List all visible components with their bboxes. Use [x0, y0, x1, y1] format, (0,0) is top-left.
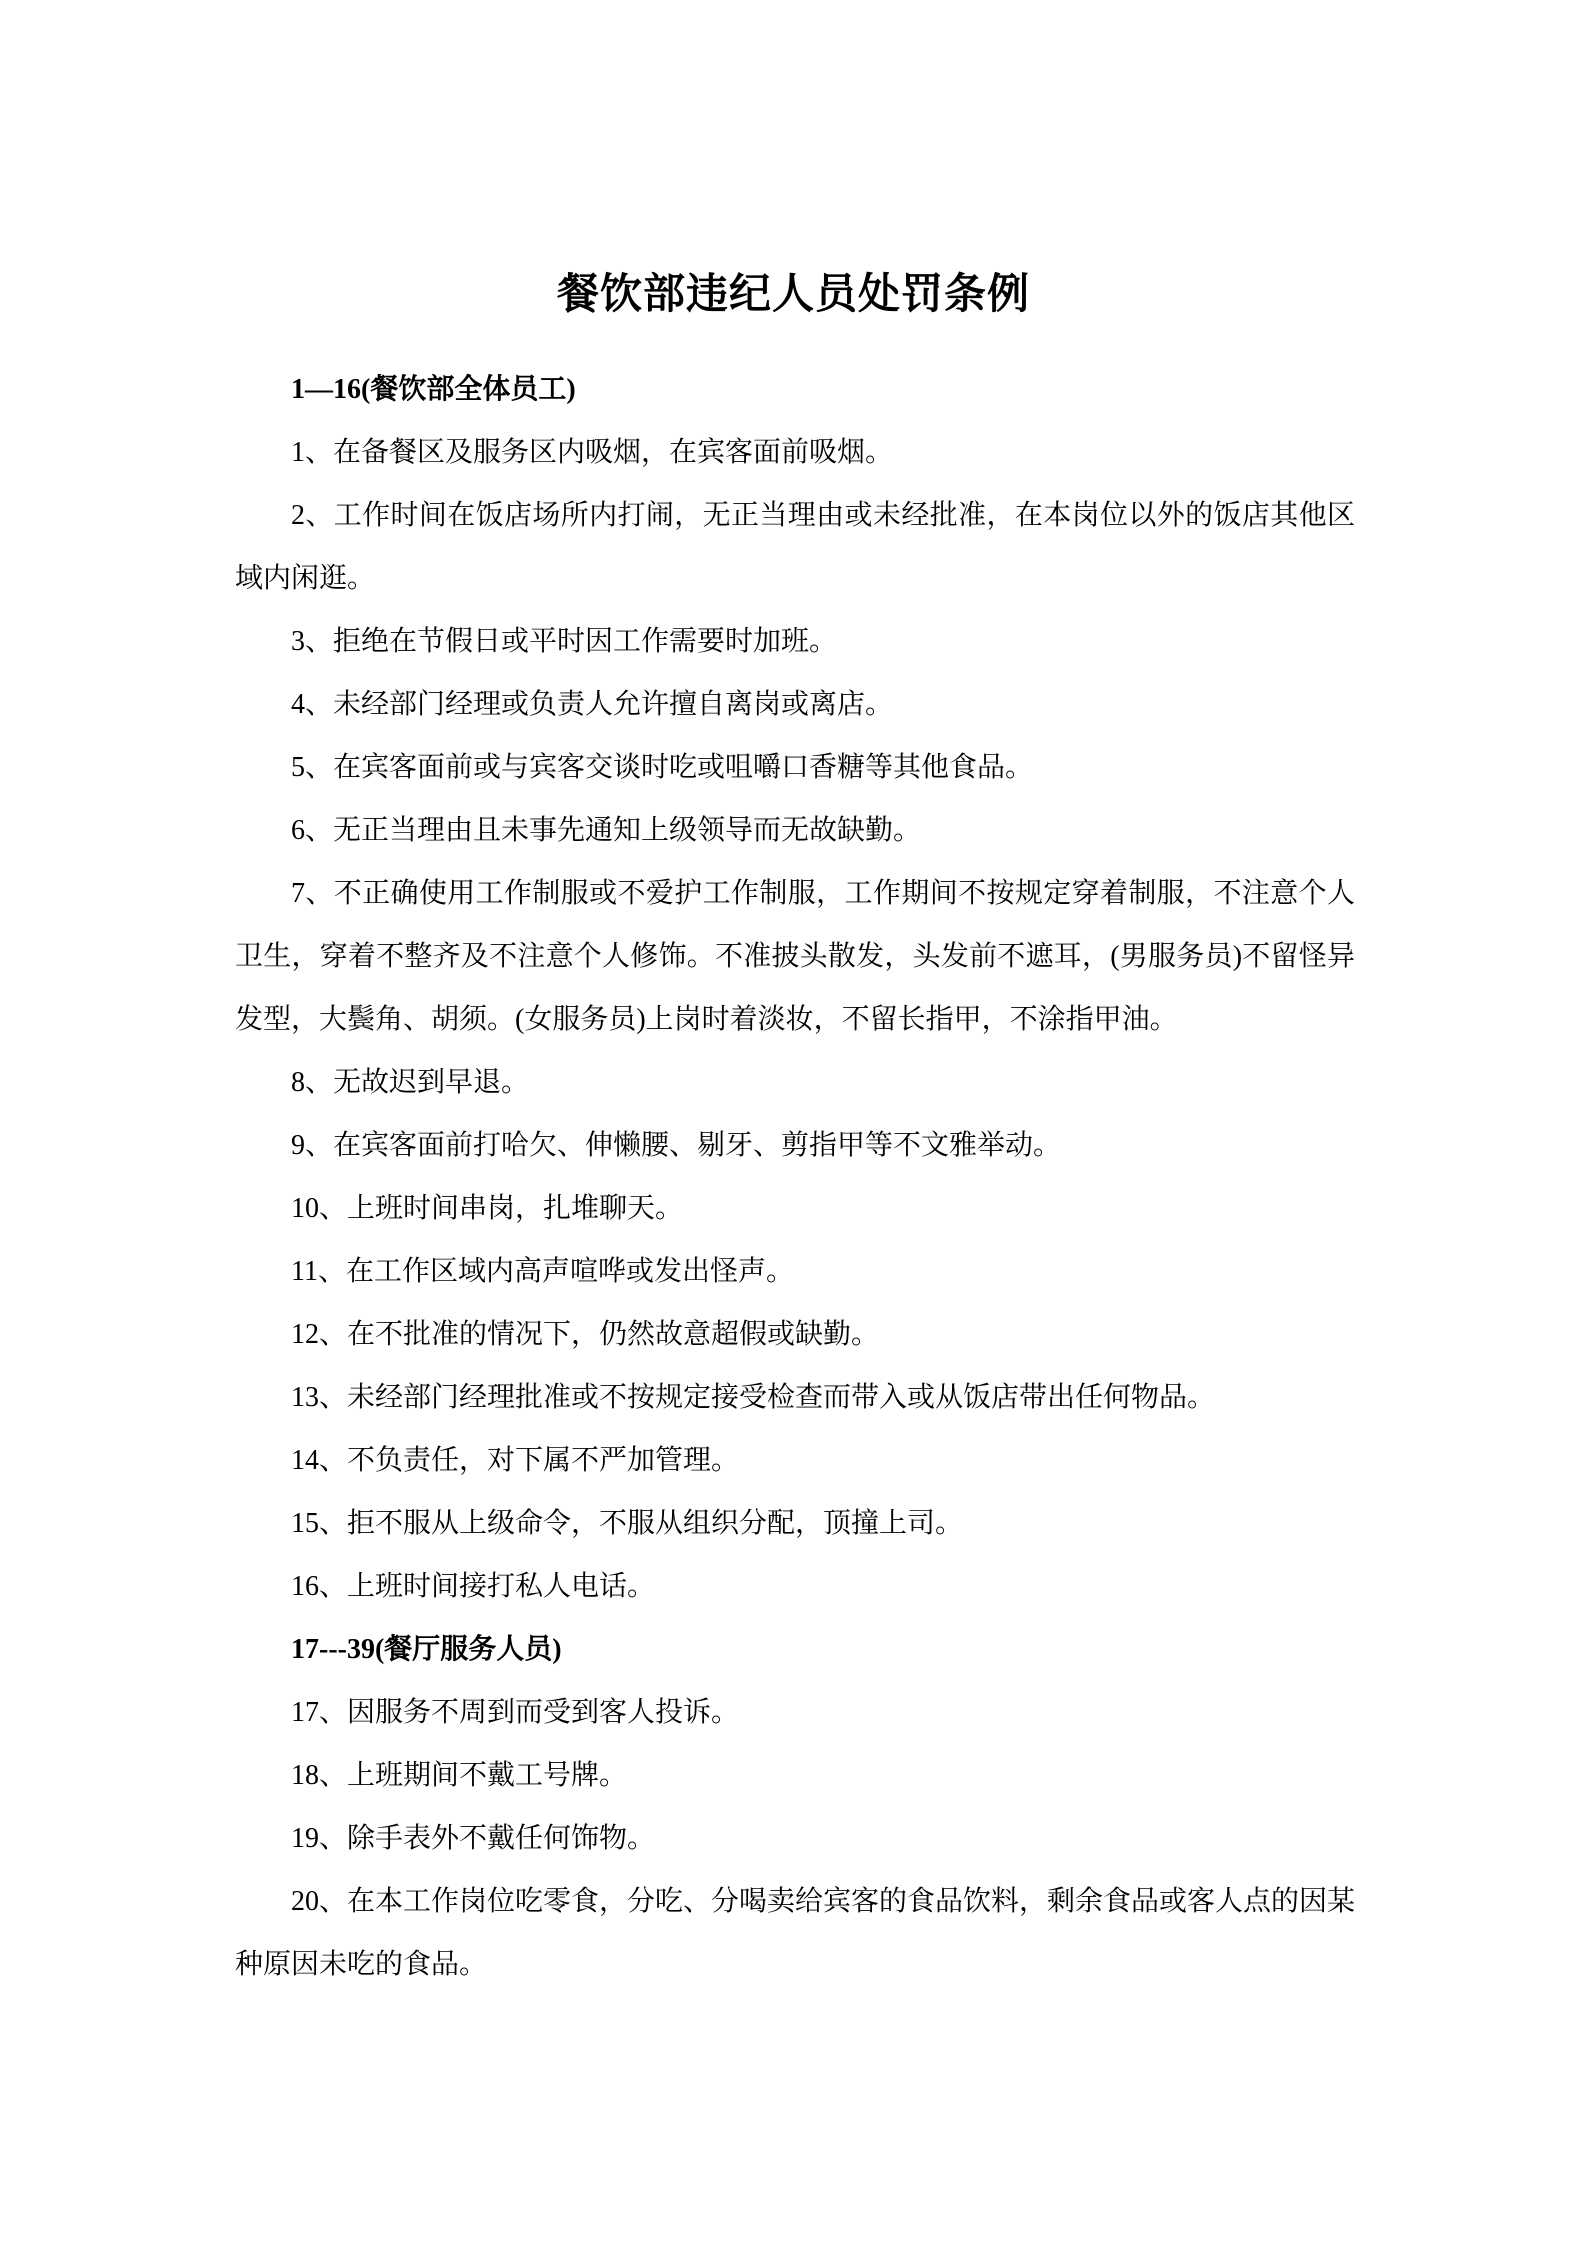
rule-item: 17、因服务不周到而受到客人投诉。	[235, 1681, 1355, 1744]
rule-item: 19、除手表外不戴任何饰物。	[235, 1807, 1355, 1870]
document-page: 餐饮部违纪人员处罚条例 1—16(餐饮部全体员工) 1、在备餐区及服务区内吸烟，…	[0, 0, 1587, 2245]
rule-item: 12、在不批准的情况下，仍然故意超假或缺勤。	[235, 1303, 1355, 1366]
rule-item: 14、不负责任，对下属不严加管理。	[235, 1429, 1355, 1492]
rule-item: 8、无故迟到早退。	[235, 1051, 1355, 1114]
document-body: 1—16(餐饮部全体员工) 1、在备餐区及服务区内吸烟，在宾客面前吸烟。 2、工…	[235, 358, 1355, 1996]
section-heading-all-staff: 1—16(餐饮部全体员工)	[235, 358, 1355, 421]
rule-item: 3、拒绝在节假日或平时因工作需要时加班。	[235, 610, 1355, 673]
section-heading-restaurant-staff: 17---39(餐厅服务人员)	[235, 1618, 1355, 1681]
rule-item: 18、上班期间不戴工号牌。	[235, 1744, 1355, 1807]
rule-item: 2、工作时间在饭店场所内打闹，无正当理由或未经批准，在本岗位以外的饭店其他区域内…	[235, 484, 1355, 610]
rule-item: 7、不正确使用工作制服或不爱护工作制服，工作期间不按规定穿着制服，不注意个人卫生…	[235, 862, 1355, 1051]
rule-item: 20、在本工作岗位吃零食，分吃、分喝卖给宾客的食品饮料，剩余食品或客人点的因某种…	[235, 1870, 1355, 1996]
rule-item: 9、在宾客面前打哈欠、伸懒腰、剔牙、剪指甲等不文雅举动。	[235, 1114, 1355, 1177]
rule-item: 13、未经部门经理批准或不按规定接受检查而带入或从饭店带出任何物品。	[235, 1366, 1355, 1429]
rule-item: 15、拒不服从上级命令，不服从组织分配，顶撞上司。	[235, 1492, 1355, 1555]
rule-item: 5、在宾客面前或与宾客交谈时吃或咀嚼口香糖等其他食品。	[235, 736, 1355, 799]
rule-item: 11、在工作区域内高声喧哗或发出怪声。	[235, 1240, 1355, 1303]
rule-item: 1、在备餐区及服务区内吸烟，在宾客面前吸烟。	[235, 421, 1355, 484]
document-title: 餐饮部违纪人员处罚条例	[0, 264, 1587, 327]
rule-item: 10、上班时间串岗，扎堆聊天。	[235, 1177, 1355, 1240]
rule-item: 6、无正当理由且未事先通知上级领导而无故缺勤。	[235, 799, 1355, 862]
rule-item: 4、未经部门经理或负责人允许擅自离岗或离店。	[235, 673, 1355, 736]
rule-item: 16、上班时间接打私人电话。	[235, 1555, 1355, 1618]
